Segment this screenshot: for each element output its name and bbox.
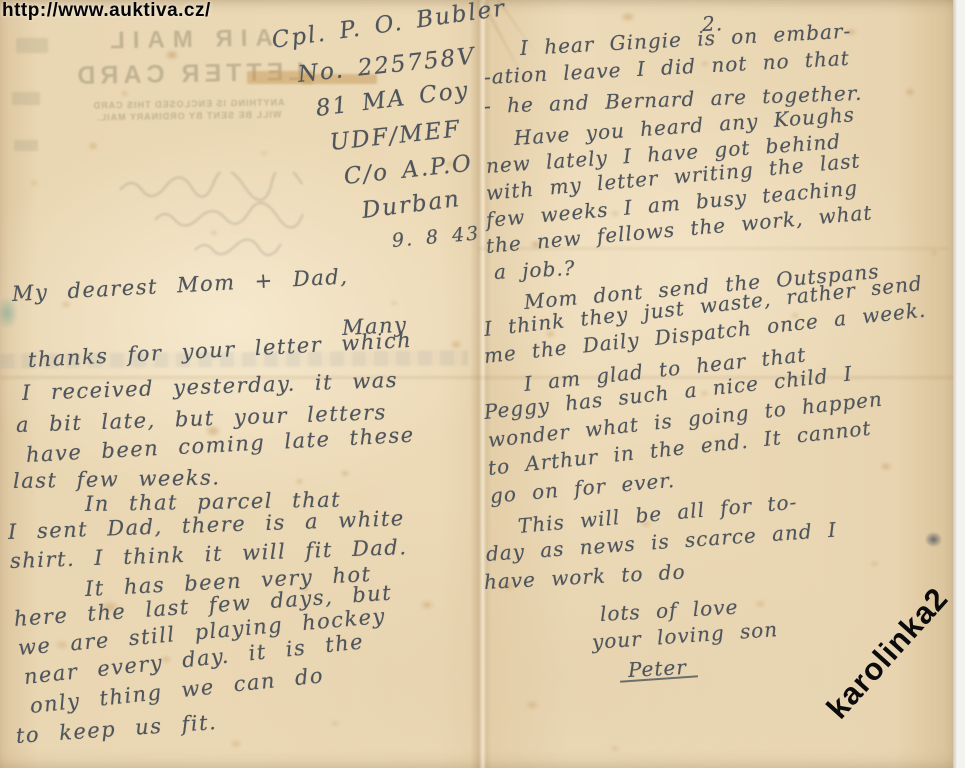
handwriting-line: last few weeks. xyxy=(13,465,221,493)
foxing-stain xyxy=(260,150,268,156)
ghost-stamp-box xyxy=(14,140,38,151)
scanned-letter-page: { "watermarks": { "top_url": "http://www… xyxy=(0,0,965,768)
watermark-auction-url: http://www.auktiva.cz/ xyxy=(2,0,211,22)
ghost-stamp-box xyxy=(12,92,40,105)
foxing-stain xyxy=(420,600,434,610)
foxing-stain xyxy=(610,745,620,752)
foxing-stain xyxy=(905,88,915,96)
foxing-stain xyxy=(525,700,539,710)
foxing-stain xyxy=(330,720,340,727)
foxing-stain xyxy=(165,50,179,60)
ink-blot-stain xyxy=(925,532,942,547)
foxing-stain xyxy=(88,142,98,150)
foxing-stain xyxy=(870,560,879,567)
foxing-stain xyxy=(755,600,766,608)
foxing-stain xyxy=(930,250,938,256)
foxing-stain xyxy=(120,90,129,97)
foxing-stain xyxy=(30,180,38,186)
ghost-stamp-box xyxy=(16,38,48,53)
handwriting-line: a job.? xyxy=(493,256,576,284)
foxing-stain xyxy=(880,462,892,471)
foxing-stain xyxy=(450,340,462,349)
ghost-handwriting xyxy=(115,172,365,272)
foxing-stain xyxy=(210,230,218,236)
foxing-stain xyxy=(295,478,304,485)
foxing-stain xyxy=(230,740,242,748)
foxing-stain xyxy=(620,12,636,22)
scan-background-edge xyxy=(953,0,965,768)
foxing-stain xyxy=(390,300,398,306)
foxing-stain xyxy=(340,470,350,477)
